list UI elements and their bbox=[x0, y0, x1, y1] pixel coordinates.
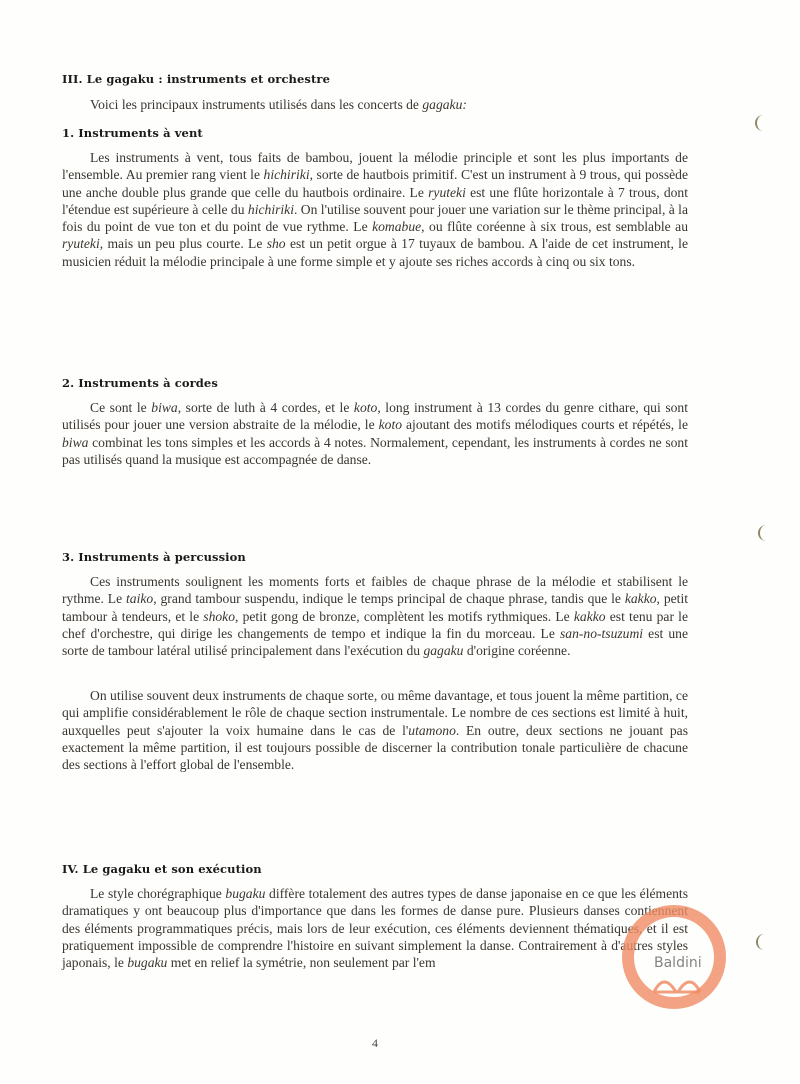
punch-hole-mark bbox=[755, 115, 771, 131]
italic-term: bugaku bbox=[127, 955, 167, 970]
section-heading-iii: III. Le gagaku : instruments et orchestr… bbox=[62, 72, 330, 86]
paragraph-instrument-sections: On utilise souvent deux instruments de c… bbox=[62, 687, 688, 773]
italic-term: sho bbox=[267, 236, 286, 251]
subheading-wind-instruments: 1. Instruments à vent bbox=[62, 126, 203, 140]
italic-term: san-no-tsuzumi bbox=[560, 626, 643, 641]
watermark-logo-icon bbox=[652, 972, 702, 994]
italic-term: gagaku bbox=[423, 643, 463, 658]
italic-term: koto bbox=[354, 400, 377, 415]
italic-term: ryuteki bbox=[428, 185, 466, 200]
intro-paragraph: Voici les principaux instruments utilisé… bbox=[90, 97, 467, 113]
paragraph-percussion-instruments: Ces instruments soulignent les moments f… bbox=[62, 573, 688, 659]
italic-term: taiko bbox=[126, 591, 153, 606]
italic-term: kakko bbox=[574, 609, 606, 624]
italic-term: utamono bbox=[408, 723, 456, 738]
italic-term: kakko bbox=[625, 591, 657, 606]
subheading-percussion-instruments: 3. Instruments à percussion bbox=[62, 550, 246, 564]
italic-term: biwa bbox=[62, 435, 88, 450]
intro-italic: gagaku: bbox=[422, 97, 467, 112]
italic-term: hichiriki bbox=[248, 202, 294, 217]
punch-hole-mark bbox=[758, 525, 774, 541]
page-number: 4 bbox=[372, 1036, 378, 1051]
italic-term: bugaku bbox=[225, 886, 265, 901]
italic-term: shoko bbox=[203, 609, 235, 624]
italic-term: hichiriki bbox=[264, 167, 310, 182]
watermark-text: Baldini bbox=[654, 955, 702, 971]
subheading-string-instruments: 2. Instruments à cordes bbox=[62, 376, 218, 390]
italic-term: koto bbox=[379, 417, 402, 432]
paragraph-wind-instruments: Les instruments à vent, tous faits de ba… bbox=[62, 149, 688, 270]
italic-term: komabue bbox=[372, 219, 421, 234]
section-heading-iv: IV. Le gagaku et son exécution bbox=[62, 862, 262, 876]
punch-hole-mark bbox=[756, 934, 772, 950]
paragraph-bugaku: Le style chorégraphique bugaku diffère t… bbox=[62, 885, 688, 971]
italic-term: ryuteki bbox=[62, 236, 100, 251]
paragraph-string-instruments: Ce sont le biwa, sorte de luth à 4 corde… bbox=[62, 399, 688, 468]
italic-term: biwa bbox=[151, 400, 177, 415]
document-page: III. Le gagaku : instruments et orchestr… bbox=[0, 0, 800, 1084]
intro-text: Voici les principaux instruments utilisé… bbox=[90, 97, 422, 112]
